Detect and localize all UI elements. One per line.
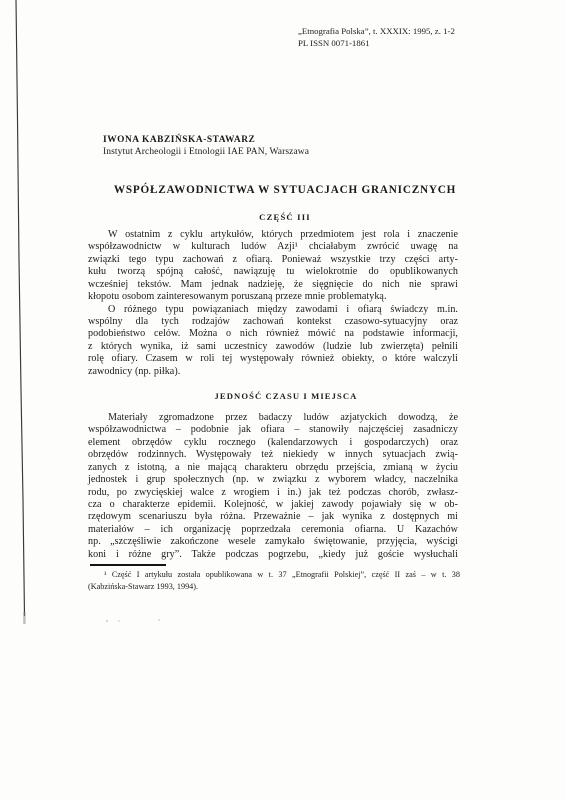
author-affiliation: Instytut Archeologii i Etnologii IAE PAN… xyxy=(103,146,309,158)
scan-artifact-tip xyxy=(23,612,25,624)
text-line: rzędowym scenariuszu była różna. Przeważ… xyxy=(88,511,458,523)
text-line: podobieństwo celów. Można o nich również… xyxy=(88,328,458,340)
text-line: związki tego typu zachowań z ofiarą. Pon… xyxy=(88,254,458,266)
text-line: rolę ofiary. Czasem w roli tej występowa… xyxy=(88,353,458,365)
text-line: z których wynika, iż sami uczestnicy zaw… xyxy=(88,341,458,353)
author-block: IWONA KABZIŃSKA-STAWARZ Instytut Archeol… xyxy=(103,134,309,159)
issn-line: PL ISSN 0071-1861 xyxy=(298,38,455,50)
text-line: np. „szczęśliwie zakończone wesele zamyk… xyxy=(88,536,458,548)
scan-speck xyxy=(118,620,120,622)
journal-title-line: „Etnografia Polska”, t. XXXIX: 1995, z. … xyxy=(298,26,455,38)
article-part-heading: CZĘŚĆ III xyxy=(100,212,470,222)
text-line: Materiały zgromadzone przez badaczy ludó… xyxy=(88,412,458,424)
text-line: kułu tworzą spójną całość, nawiązuję tu … xyxy=(88,266,458,278)
text-line: kłopotu osobom zainteresowanym poruszaną… xyxy=(88,291,458,303)
section-heading: JEDNOŚĆ CZASU I MIEJSCA xyxy=(88,391,458,401)
journal-header: „Etnografia Polska”, t. XXXIX: 1995, z. … xyxy=(298,26,455,49)
article-title: WSPÓŁZAWODNICTWA W SYTUACJACH GRANICZNYC… xyxy=(100,184,470,196)
text-line: jednostek i grup społecznych (np. w zwią… xyxy=(88,474,458,486)
text-line: element obrzędów cyklu rocznego (kalenda… xyxy=(88,437,458,449)
scanned-journal-page: „Etnografia Polska”, t. XXXIX: 1995, z. … xyxy=(0,0,566,800)
author-name: IWONA KABZIŃSKA-STAWARZ xyxy=(103,134,309,146)
scan-speck xyxy=(106,620,108,622)
text-line: współzawodnictw w kulturach ludów Azji¹ … xyxy=(88,241,458,253)
text-line: materiałów – ich organizację poprzedzała… xyxy=(88,524,458,536)
footnote: ¹ Część I artykułu została opublikowana … xyxy=(88,569,460,593)
text-line: obrzędów rodzinnych. Występowały też nie… xyxy=(88,449,458,461)
text-line: koni i różne gry”. Także podczas pogrzeb… xyxy=(88,549,458,561)
text-line: wcześniej tekstów. Mam jednak nadzieję, … xyxy=(88,279,458,291)
text-line: zanych z istotną, a nie mającą charakter… xyxy=(88,462,458,474)
text-line: zawodnicy (np. piłka). xyxy=(88,366,458,378)
footnote-line: (Kabzińska-Stawarz 1993, 1994). xyxy=(88,581,460,593)
text-line: współzawodnictwa – podobnie jak ofiara –… xyxy=(88,424,458,436)
text-line: cza o charakterze epidemii. Kolejność, w… xyxy=(88,499,458,511)
text-line: wspólny dla tych rodzajów zachowań konte… xyxy=(88,316,458,328)
footnote-line: ¹ Część I artykułu została opublikowana … xyxy=(88,569,460,581)
text-line: O różnego typu powiązaniach między zawod… xyxy=(88,304,458,316)
footnote-separator-rule xyxy=(90,564,166,566)
text-line: rodu, po zwycięskiej walce z wrogiem i i… xyxy=(88,487,458,499)
scan-speck xyxy=(158,619,160,621)
body-text: W ostatnim z cyklu artykułów, których pr… xyxy=(88,229,458,561)
text-line: W ostatnim z cyklu artykułów, których pr… xyxy=(88,229,458,241)
